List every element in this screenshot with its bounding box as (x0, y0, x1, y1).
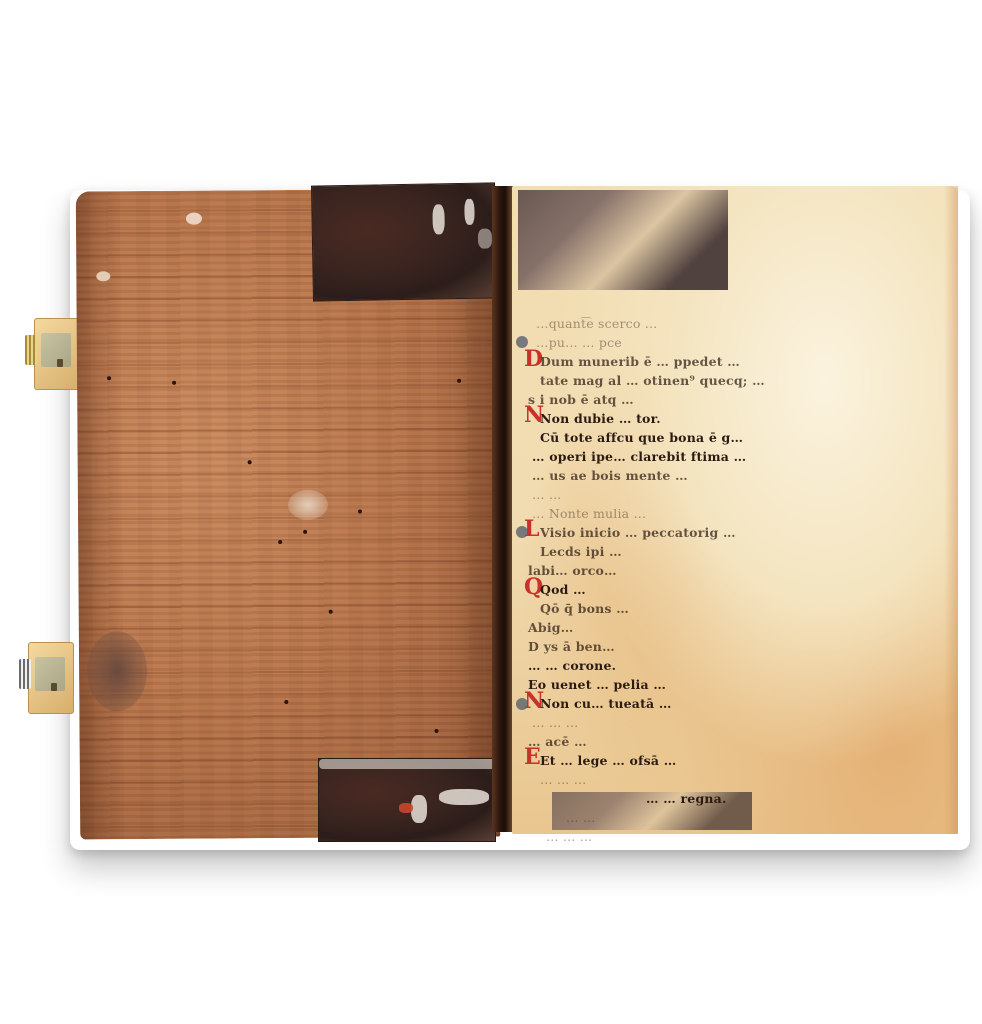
rubricated-initial: L (524, 516, 539, 542)
mold-trace (319, 759, 495, 769)
manuscript-line: … us ae bois mente … (532, 468, 688, 483)
clasp-plate (35, 657, 65, 691)
manuscript-line: Eo uenet … pelia … (528, 677, 666, 692)
leather-turnin-top (518, 190, 728, 290)
manuscript-line: Lecds ipi … (540, 544, 622, 559)
manuscript-line: … … … (546, 829, 592, 844)
wax-spot (288, 490, 328, 520)
worm-hole (278, 540, 282, 544)
worm-hole (303, 530, 307, 534)
manuscript-line: Non dubie … tor. (540, 411, 661, 426)
mold-trace (432, 204, 445, 234)
worm-hole (172, 381, 176, 385)
manuscript-line: … … … (540, 772, 586, 787)
mold-trace (478, 228, 492, 248)
manuscript-line: … … corone. (528, 658, 616, 673)
manuscript-line: Non cu… tueatā … (540, 696, 672, 711)
mold-trace (399, 803, 413, 813)
manuscript-line: …pu… … pce (536, 335, 622, 350)
worm-hole (329, 610, 333, 614)
mold-stain (87, 631, 148, 711)
clasp-hook (25, 335, 37, 365)
clasp-rivet (51, 683, 57, 691)
parchment-pastedown: …quant͡e scerco … …pu… … pce D Dum muner… (512, 186, 958, 834)
manuscript-line: … Nonte mulia … (532, 506, 646, 521)
clasp-rivet (57, 359, 63, 367)
manuscript-line: … … regna. (646, 791, 727, 806)
wax-spot (96, 271, 110, 281)
worm-hole (435, 729, 439, 733)
wax-spot (186, 213, 202, 225)
manuscript-line: …quant͡e scerco … (536, 316, 657, 331)
worm-hole (107, 376, 111, 380)
worm-hole (358, 509, 362, 513)
manuscript-line: tate mag al … otinen⁹ quecq; … (540, 373, 765, 388)
lower-clasp (28, 642, 74, 714)
mold-trace (411, 795, 427, 823)
manuscript-line: … … (566, 810, 596, 825)
manuscript-line: Cū tote affcu que bona ē g… (540, 430, 743, 445)
manuscript-line: D ys ā ben… (528, 639, 615, 654)
mold-trace (439, 789, 489, 805)
manuscript-line: Dum munerib ē … ppedet … (540, 354, 740, 369)
leather-remnant-top (311, 182, 497, 301)
worm-hole (457, 379, 461, 383)
clasp-plate (41, 333, 71, 367)
manuscript-line: Et … lege … ofsā … (540, 753, 676, 768)
manuscript-line: Qod … (540, 582, 586, 597)
manuscript-line: … operi ipe… clarebit ftima … (532, 449, 746, 464)
manuscript-line: … … … (532, 715, 578, 730)
manuscript-line: Abig… (528, 620, 573, 635)
manuscript-line: Visio inicio … peccatorig … (540, 525, 736, 540)
mold-trace (464, 199, 474, 225)
worm-hole (284, 700, 288, 704)
manuscript-line: … … (532, 487, 562, 502)
worm-hole (248, 460, 252, 464)
clasp-hook (19, 659, 31, 689)
leather-remnant-bottom (318, 758, 496, 842)
manuscript-line: Qō q̄ bons … (540, 601, 629, 616)
rubricated-initial: E (524, 744, 541, 770)
photo-scene: …quant͡e scerco … …pu… … pce D Dum muner… (0, 0, 982, 1024)
upper-clasp (34, 318, 80, 390)
page-edge (944, 186, 958, 834)
